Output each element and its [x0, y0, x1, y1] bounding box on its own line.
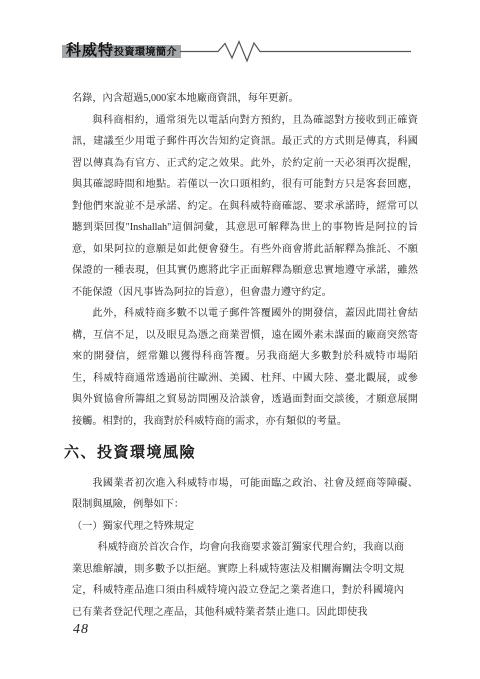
- pulse-line-icon: [180, 37, 412, 67]
- paragraph-risks-intro: 我國業者初次進入科威特市場，可能面臨之政治、社會及經商等障礙、限制與風險，例舉如…: [72, 473, 418, 516]
- body-text: 名錄，內含超過5,000家本地廠商資訊，每年更新。 與科商相約，通常須先以電話向…: [72, 88, 418, 623]
- paragraph-appointments: 與科商相約，通常須先以電話向對方預約，且為確認對方接收到正確資訊，建議至少用電子…: [72, 110, 418, 304]
- page-header: 科威特投資環境簡介: [0, 0, 480, 70]
- paragraph-carryover: 名錄，內含超過5,000家本地廠商資訊，每年更新。: [72, 88, 418, 110]
- section-heading-risks: 六、投資環境風險: [64, 443, 418, 465]
- document-page: 科威特投資環境簡介 名錄，內含超過5,000家本地廠商資訊，每年更新。 與科商相…: [0, 0, 480, 679]
- paragraph-email-habits: 此外，科威特商多數不以電子郵件答覆國外的開發信，蓋因此間社會結構，互信不足，以及…: [72, 303, 418, 432]
- header-title-main: 科威特: [66, 39, 114, 60]
- header-title-sub: 投資環境簡介: [114, 43, 177, 58]
- list-item-exclusive-agency: （一）獨家代理之特殊規定: [72, 516, 418, 538]
- header-title: 科威特投資環境簡介: [66, 39, 177, 60]
- paragraph-exclusive-agency: 科威特商於首次合作，均會向我商要求簽訂獨家代理合約，我商以商業思維解讀，則多數予…: [72, 537, 404, 623]
- page-number: 48: [73, 622, 89, 638]
